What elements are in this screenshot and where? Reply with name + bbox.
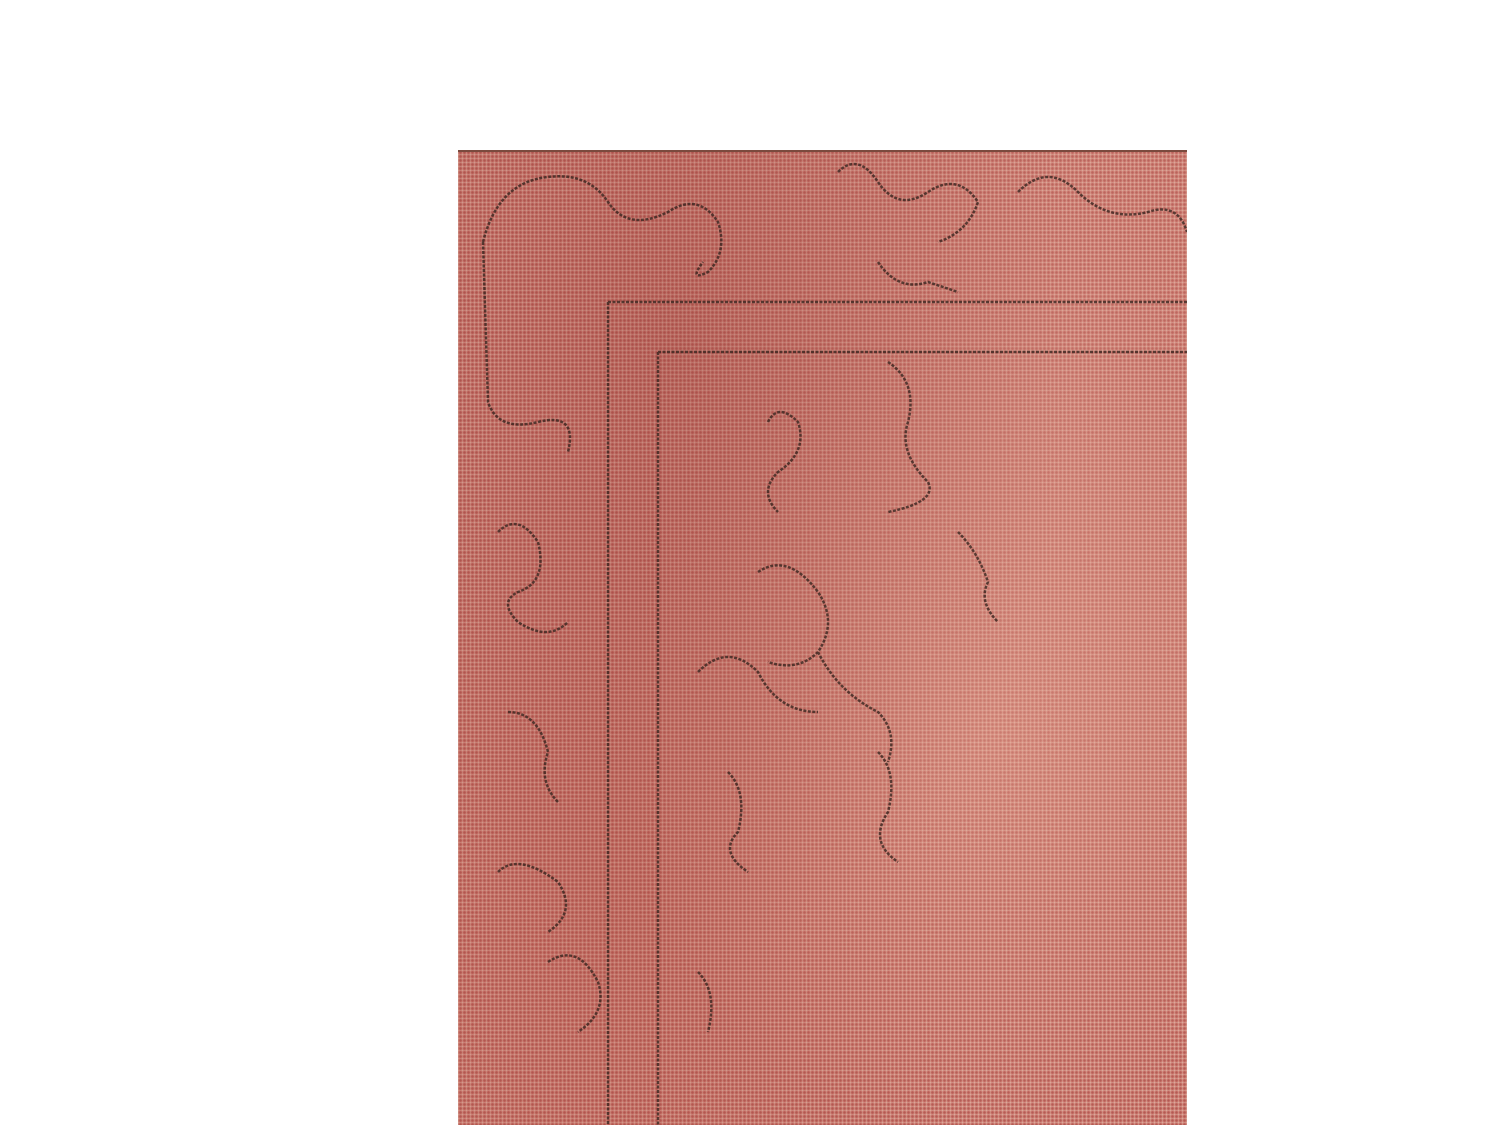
- rug-photo: [458, 150, 1187, 1125]
- rug-motif-outlines: [458, 152, 1187, 1125]
